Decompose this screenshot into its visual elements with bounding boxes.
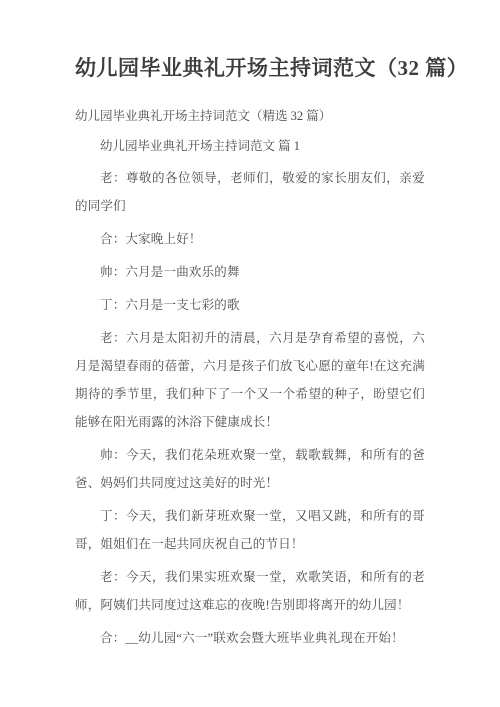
paragraph-shuai-june-dance: 帅：六月是一曲欢乐的舞	[75, 258, 425, 286]
document-subtitle: 幼儿园毕业典礼开场主持词范文（精选 32 篇）	[75, 102, 425, 130]
paragraph-ding-june-song: 丁：六月是一支七彩的歌	[75, 291, 425, 319]
page-title: 幼儿园毕业典礼开场主持词范文（32 篇）	[75, 52, 425, 84]
paragraph-he-ceremony-start: 合：__幼儿园“六一”联欢会暨大班毕业典礼现在开始！	[75, 624, 425, 652]
paragraph-lao-fruit-class: 老：今天，我们果实班欢聚一堂，欢歌笑语，和所有的老师，阿姨们共同度过这难忘的夜晚…	[75, 563, 425, 619]
paragraph-he-goodevening: 合：大家晚上好！	[75, 225, 425, 253]
paragraph-shuai-flower-class: 帅：今天，我们花朵班欢聚一堂，载歌载舞，和所有的爸爸、妈妈们共同度过这美好的时光…	[75, 441, 425, 497]
paragraph-ding-sprout-class: 丁：今天，我们新芽班欢聚一堂，又唱又跳，和所有的哥哥，姐姐们在一起共同庆祝自己的…	[75, 502, 425, 558]
paragraph-lao-june-morning: 老：六月是太阳初升的清晨，六月是孕育希望的喜悦，六月是渴望春雨的蓓蕾，六月是孩子…	[75, 324, 425, 436]
section-heading: 幼儿园毕业典礼开场主持词范文 篇 1	[75, 132, 425, 160]
paragraph-speaker-lao-greeting: 老：尊敬的各位领导，老师们，敬爱的家长朋友们，亲爱的同学们	[75, 164, 425, 220]
document-page: 幼儿园毕业典礼开场主持词范文（32 篇） 幼儿园毕业典礼开场主持词范文（精选 3…	[0, 0, 500, 707]
